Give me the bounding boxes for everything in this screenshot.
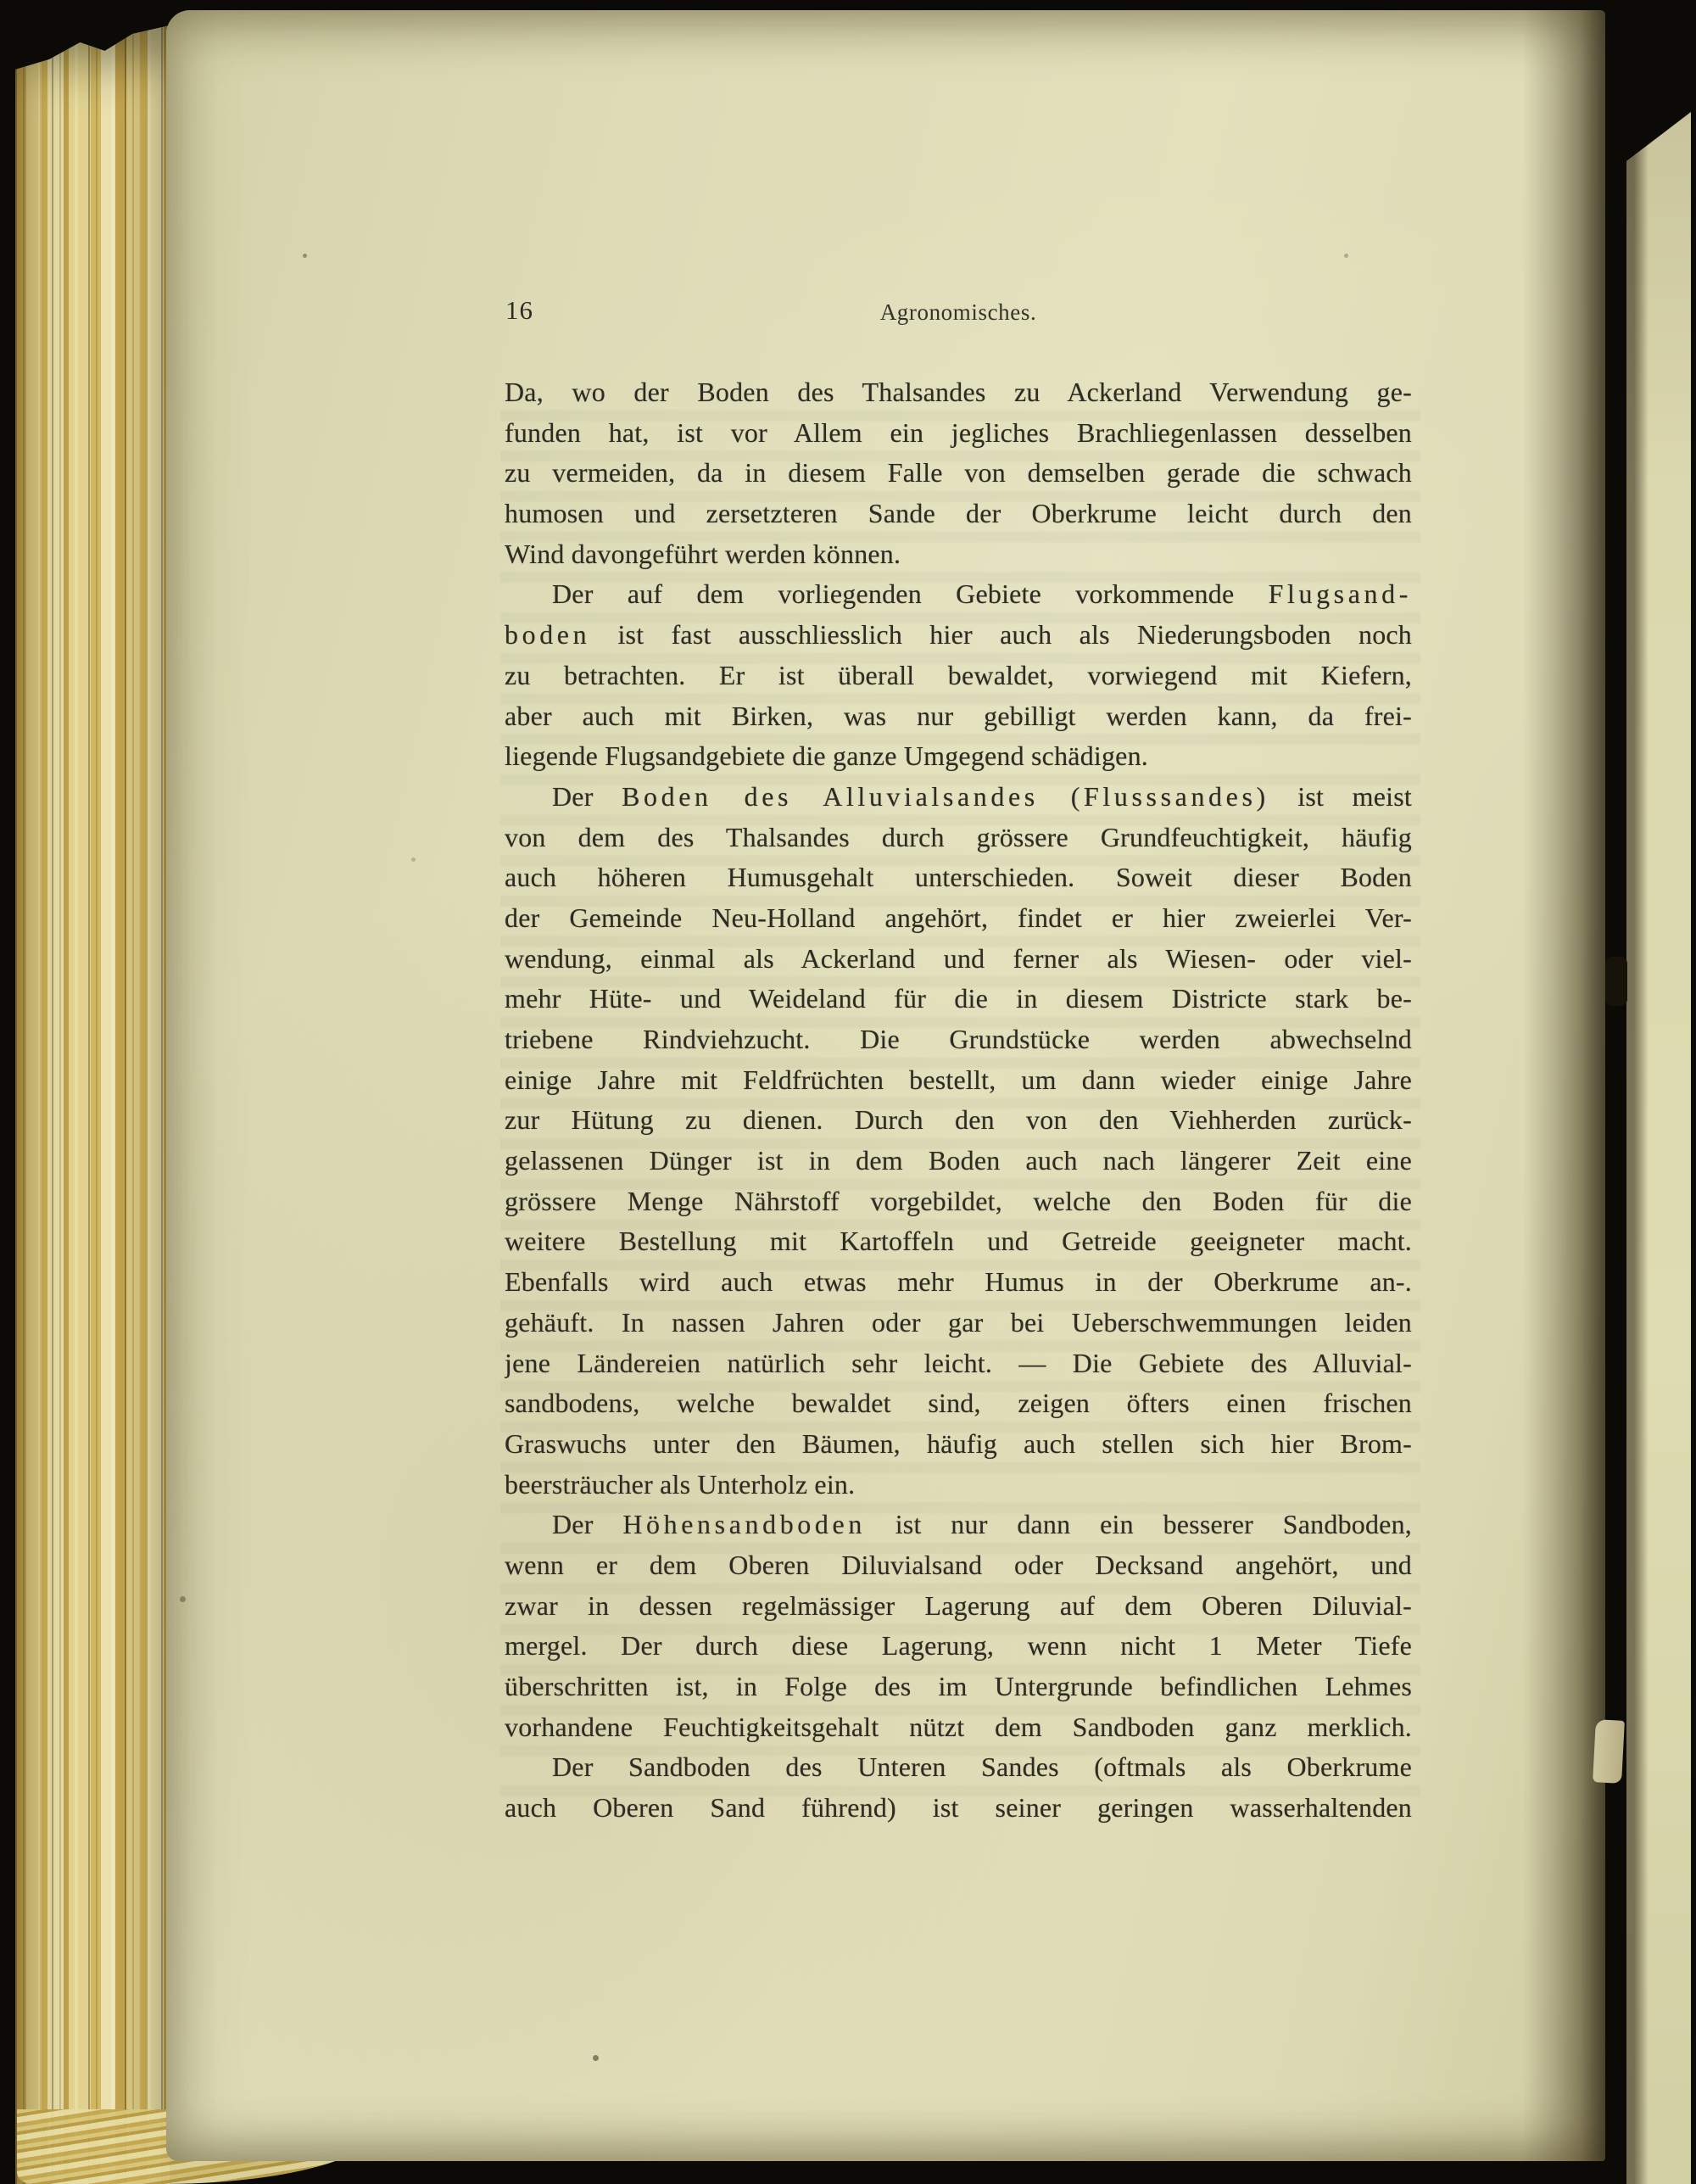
- text-segment: ist meist: [1269, 781, 1412, 812]
- text-segment: mergel. Der durch diese Lagerung, wenn n…: [505, 1630, 1412, 1661]
- text-line: jene Ländereien natürlich sehr leicht. —…: [505, 1343, 1412, 1384]
- text-line: Ebenfalls wird auch etwas mehr Humus in …: [505, 1262, 1412, 1303]
- text-segment: jene Ländereien natürlich sehr leicht. —…: [505, 1348, 1412, 1378]
- text-segment: zu betrachten. Er ist überall bewaldet, …: [505, 660, 1412, 690]
- text-line: aber auch mit Birken, was nur gebilligt …: [505, 696, 1412, 737]
- text-line: zu betrachten. Er ist überall bewaldet, …: [505, 656, 1412, 696]
- text-line: wendung, einmal als Ackerland und ferner…: [505, 939, 1412, 980]
- text-segment: vorhandene Feuchtigkeitsgehalt nützt dem…: [505, 1712, 1412, 1742]
- emphasized-term: Flugsand-: [1269, 578, 1412, 609]
- text-line: Der Sandboden des Unteren Sandes (oftmal…: [505, 1747, 1412, 1788]
- text-segment: einige Jahre mit Feldfrüchten bestellt, …: [505, 1064, 1412, 1095]
- text-line: auch höheren Humusgehalt unterschieden. …: [505, 857, 1412, 898]
- text-segment: triebene Rindviehzucht. Die Grundstücke …: [505, 1024, 1412, 1054]
- text-segment: Graswuchs unter den Bäumen, häufig auch …: [505, 1428, 1412, 1459]
- paper-specks: [0, 0, 3, 3]
- text-line: von dem des Thalsandes durch grössere Gr…: [505, 818, 1412, 858]
- text-segment: zwar in dessen regelmässiger Lagerung au…: [505, 1590, 1412, 1621]
- text-line: einige Jahre mit Feldfrüchten bestellt, …: [505, 1060, 1412, 1101]
- text-segment: gelassenen Dünger ist in dem Boden auch …: [505, 1145, 1412, 1176]
- text-line: Der auf dem vorliegenden Gebiete vorkomm…: [505, 574, 1412, 615]
- text-line: vorhandene Feuchtigkeitsgehalt nützt dem…: [505, 1707, 1412, 1748]
- text-segment: sandbodens, welche bewaldet sind, zeigen…: [505, 1388, 1412, 1418]
- text-segment: überschritten ist, in Folge des im Unter…: [505, 1671, 1412, 1701]
- text-segment: auch höheren Humusgehalt unterschieden. …: [505, 862, 1412, 892]
- text-segment: aber auch mit Birken, was nur gebilligt …: [505, 701, 1412, 731]
- text-segment: ist fast ausschliesslich hier auch als N…: [590, 619, 1412, 650]
- text-line: Der Boden des Alluvialsandes (Flusssande…: [505, 777, 1412, 818]
- text-line: zwar in dessen regelmässiger Lagerung au…: [505, 1586, 1412, 1627]
- text-line: weitere Bestellung mit Kartoffeln und Ge…: [505, 1221, 1412, 1262]
- text-segment: Wind davongeführt werden können.: [505, 539, 901, 569]
- text-line: Der Höhensandboden ist nur dann ein bess…: [505, 1505, 1412, 1545]
- text-line: grössere Menge Nährstoff vorgebildet, we…: [505, 1181, 1412, 1222]
- text-segment: auch Oberen Sand führend) ist seiner ger…: [505, 1792, 1412, 1823]
- text-line: sandbodens, welche bewaldet sind, zeigen…: [505, 1383, 1412, 1424]
- text-segment: funden hat, ist vor Allem ein jegliches …: [505, 417, 1412, 448]
- text-line: gelassenen Dünger ist in dem Boden auch …: [505, 1141, 1412, 1181]
- text-segment: humosen und zersetzteren Sande der Oberk…: [505, 498, 1412, 528]
- running-header: Agronomisches.: [505, 299, 1412, 326]
- text-line: gehäuft. In nassen Jahren oder gar bei U…: [505, 1303, 1412, 1343]
- text-line: beersträucher als Unterholz ein.: [505, 1465, 1412, 1505]
- text-segment: Der: [552, 781, 622, 812]
- emphasized-term: boden: [505, 619, 590, 650]
- text-line: zu vermeiden, da in diesem Falle von dem…: [505, 453, 1412, 494]
- body-text: Da, wo der Boden des Thalsandes zu Acker…: [505, 372, 1412, 1829]
- text-line: der Gemeinde Neu-Holland angehört, finde…: [505, 898, 1412, 939]
- text-line: liegende Flugsandgebiete die ganze Umgeg…: [505, 736, 1412, 777]
- text-line: Da, wo der Boden des Thalsandes zu Acker…: [505, 372, 1412, 413]
- text-segment: gehäuft. In nassen Jahren oder gar bei U…: [505, 1307, 1412, 1338]
- text-segment: grössere Menge Nährstoff vorgebildet, we…: [505, 1186, 1412, 1216]
- text-segment: Der Sandboden des Unteren Sandes (oftmal…: [552, 1751, 1412, 1782]
- text-segment: ist nur dann ein besserer Sandboden,: [866, 1509, 1412, 1539]
- text-segment: Da, wo der Boden des Thalsandes zu Acker…: [505, 377, 1412, 407]
- text-segment: wenn er dem Oberen Diluvialsand oder Dec…: [505, 1550, 1412, 1580]
- text-segment: Der: [552, 1509, 622, 1539]
- text-line: Wind davongeführt werden können.: [505, 534, 1412, 575]
- emphasized-term: Höhensandboden: [622, 1509, 866, 1539]
- text-segment: wendung, einmal als Ackerland und ferner…: [505, 943, 1412, 974]
- text-line: zur Hütung zu dienen. Durch den von den …: [505, 1100, 1412, 1141]
- text-line: mergel. Der durch diese Lagerung, wenn n…: [505, 1626, 1412, 1667]
- text-segment: von dem des Thalsandes durch grössere Gr…: [505, 822, 1412, 852]
- text-line: wenn er dem Oberen Diluvialsand oder Dec…: [505, 1545, 1412, 1586]
- text-line: mehr Hüte- und Weideland für die in dies…: [505, 979, 1412, 1019]
- text-line: auch Oberen Sand führend) ist seiner ger…: [505, 1788, 1412, 1829]
- text-line: funden hat, ist vor Allem ein jegliches …: [505, 413, 1412, 454]
- emphasized-term: Boden des Alluvialsandes (Flusssandes): [622, 781, 1269, 812]
- text-segment: zur Hütung zu dienen. Durch den von den …: [505, 1104, 1412, 1135]
- text-segment: Ebenfalls wird auch etwas mehr Humus in …: [505, 1266, 1412, 1297]
- text-line: triebene Rindviehzucht. Die Grundstücke …: [505, 1019, 1412, 1060]
- page-content: 16 Agronomisches. Da, wo der Boden des T…: [0, 0, 1696, 2184]
- text-segment: der Gemeinde Neu-Holland angehört, finde…: [505, 902, 1412, 933]
- text-segment: mehr Hüte- und Weideland für die in dies…: [505, 983, 1412, 1014]
- text-segment: zu vermeiden, da in diesem Falle von dem…: [505, 457, 1412, 488]
- text-segment: liegende Flugsandgebiete die ganze Umgeg…: [505, 740, 1148, 771]
- text-line: humosen und zersetzteren Sande der Oberk…: [505, 494, 1412, 534]
- text-line: Graswuchs unter den Bäumen, häufig auch …: [505, 1424, 1412, 1465]
- text-segment: beersträucher als Unterholz ein.: [505, 1469, 855, 1500]
- text-segment: Der auf dem vorliegenden Gebiete vorkomm…: [552, 578, 1269, 609]
- text-line: überschritten ist, in Folge des im Unter…: [505, 1667, 1412, 1707]
- book-scan: 16 Agronomisches. Da, wo der Boden des T…: [0, 0, 1696, 2184]
- text-segment: weitere Bestellung mit Kartoffeln und Ge…: [505, 1226, 1412, 1256]
- text-line: boden ist fast ausschliesslich hier auch…: [505, 615, 1412, 656]
